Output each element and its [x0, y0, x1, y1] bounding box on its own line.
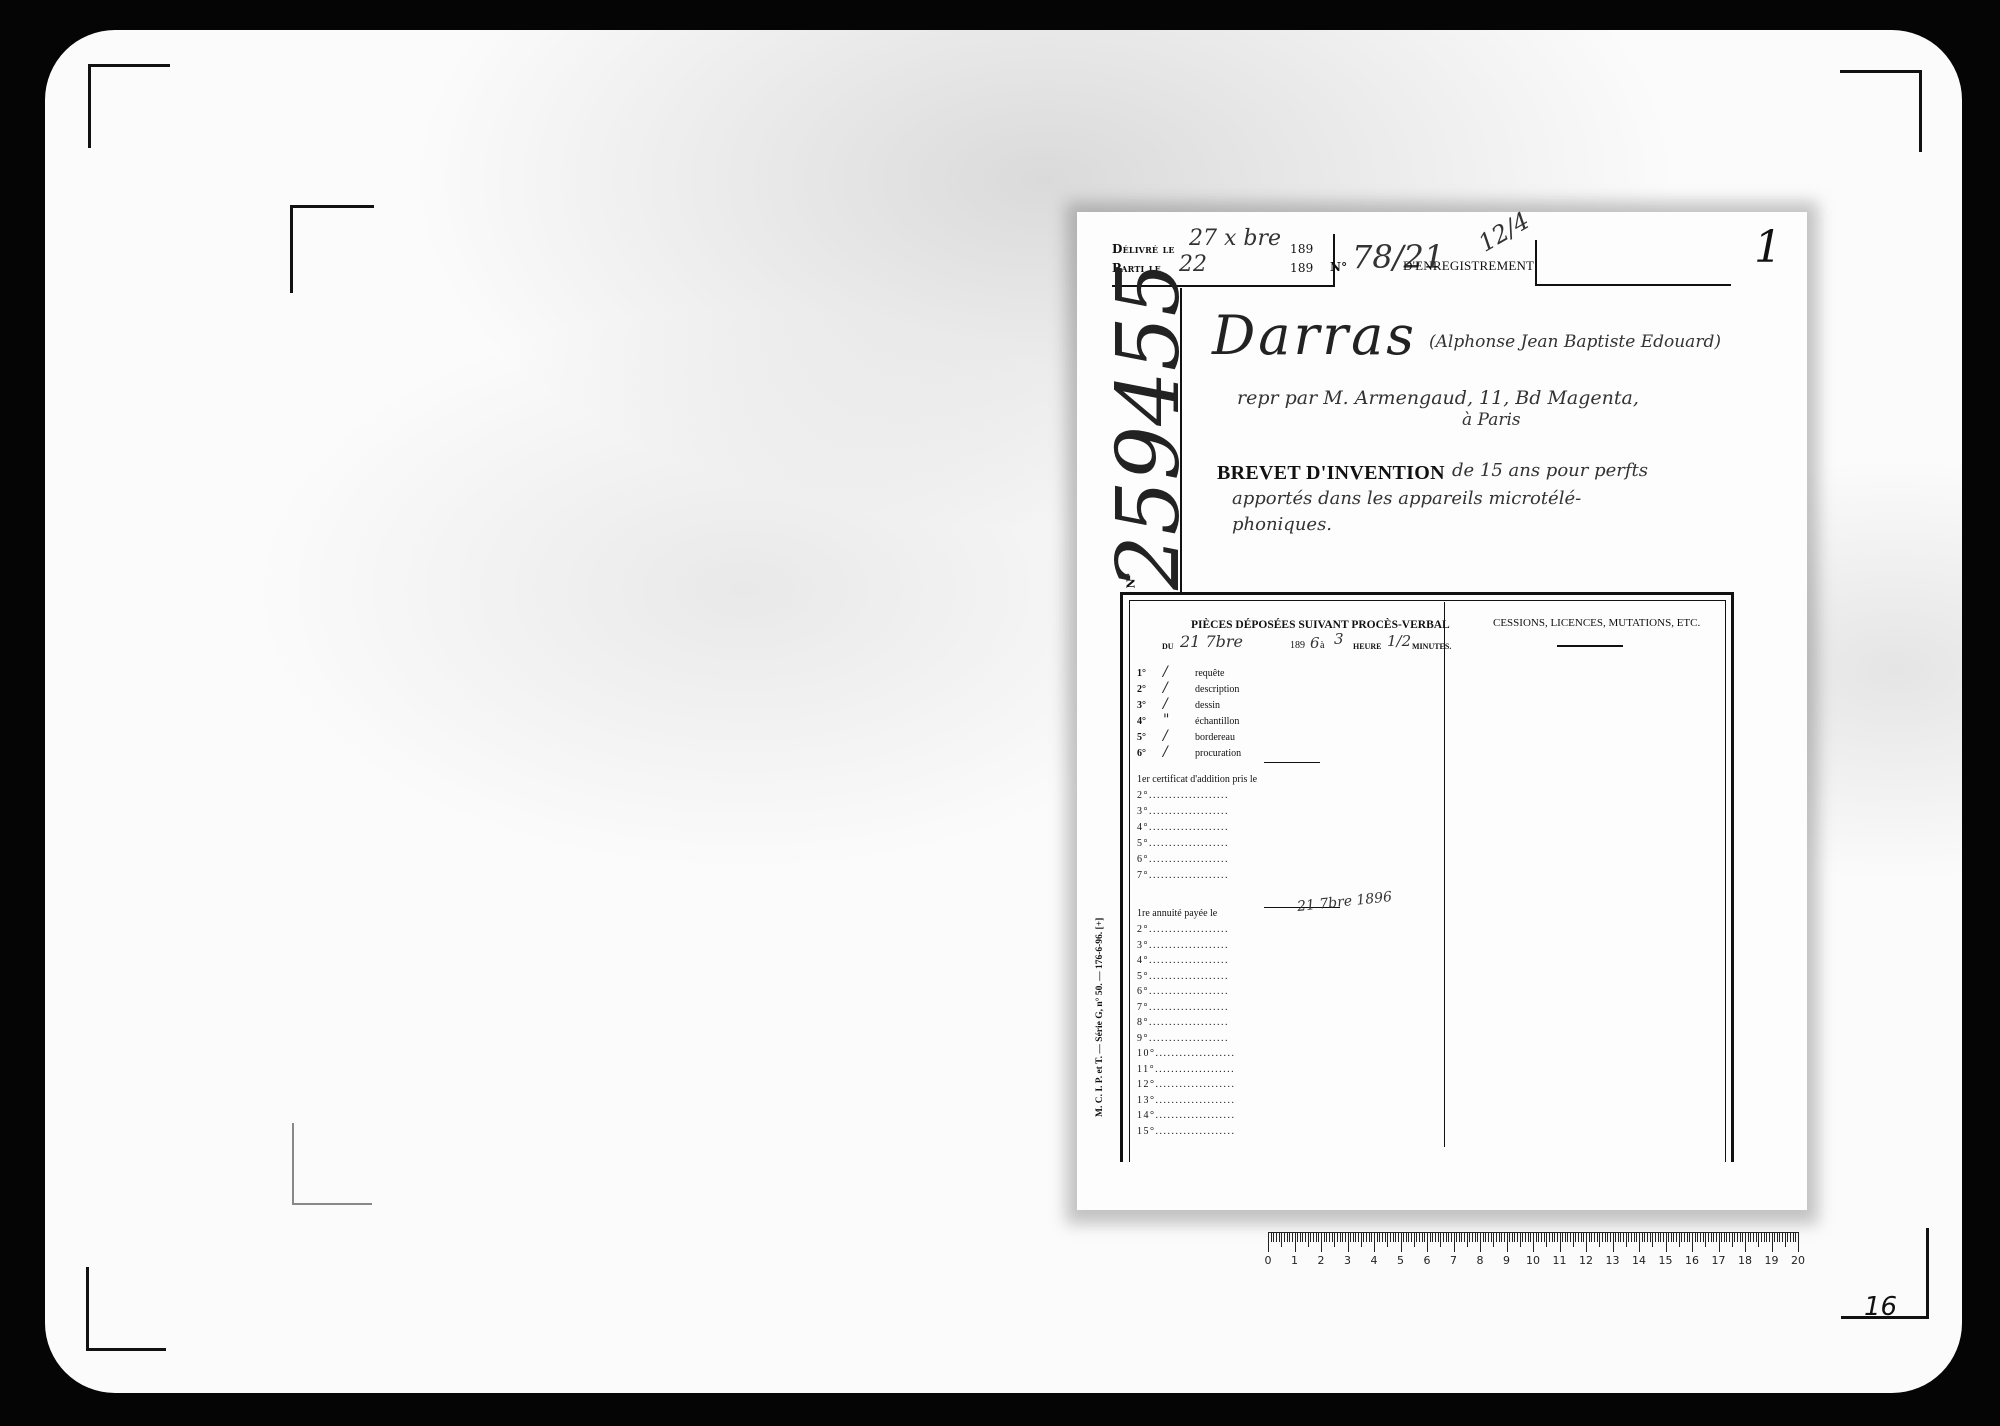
piece-ordinal: 6° [1137, 748, 1146, 759]
ruler-tick [1353, 1232, 1354, 1242]
ruler-tick [1411, 1232, 1412, 1242]
ruler-tick [1753, 1232, 1754, 1242]
ruler-label: 2 [1318, 1254, 1325, 1267]
ruler-tick [1687, 1232, 1688, 1242]
ruler-tick [1586, 1232, 1587, 1252]
certificate-row: 4°.................... [1137, 822, 1229, 833]
ruler-tick [1432, 1232, 1433, 1242]
ruler-tick [1393, 1232, 1394, 1242]
ruler-tick [1509, 1232, 1510, 1242]
ruler-tick [1689, 1232, 1690, 1242]
brevet-description-line-3: phoniques. [1232, 514, 1332, 535]
piece-check-mark: / [1163, 744, 1168, 760]
ruler-tick [1642, 1232, 1643, 1242]
ruler-tick [1613, 1232, 1614, 1252]
annuity-row: 10°.................... [1137, 1048, 1236, 1059]
piece-check-mark: / [1163, 728, 1168, 744]
ruler-tick [1560, 1232, 1561, 1252]
ruler-tick [1536, 1232, 1537, 1242]
ruler-tick [1713, 1232, 1714, 1242]
ruler-tick [1382, 1232, 1383, 1242]
ruler-tick [1599, 1232, 1600, 1247]
ruler-tick [1668, 1232, 1669, 1242]
piece-check-mark: " [1163, 712, 1169, 728]
ruler-tick [1517, 1232, 1518, 1242]
piece-ordinal: 3° [1137, 700, 1146, 711]
piece-ordinal: 2° [1137, 684, 1146, 695]
ruler-tick [1655, 1232, 1656, 1242]
ruler-tick [1451, 1232, 1452, 1242]
ruler-tick [1355, 1232, 1356, 1242]
representative: repr par M. Armengaud, 11, Bd Magenta, [1237, 387, 1639, 409]
ruler-tick [1369, 1232, 1370, 1242]
ruler-label: 18 [1738, 1254, 1752, 1267]
minutes-label: MINUTES. [1412, 642, 1451, 651]
certificate-row: 7°.................... [1137, 870, 1229, 881]
ruler-tick [1525, 1232, 1526, 1242]
ruler-tick [1504, 1232, 1505, 1242]
piece-ordinal: 1° [1137, 668, 1146, 679]
piece-check-mark: / [1163, 664, 1168, 680]
departed-year: 189 [1290, 261, 1314, 275]
ruler-tick [1469, 1232, 1470, 1242]
ruler-tick [1594, 1232, 1595, 1242]
ruler-tick [1769, 1232, 1770, 1242]
ruler-tick [1644, 1232, 1645, 1242]
ruler-tick [1361, 1232, 1362, 1247]
certificate-first-row: 1er certificat d'addition pris le [1137, 774, 1257, 785]
ruler-tick [1618, 1232, 1619, 1242]
minutes-value: 1/2 [1387, 632, 1411, 650]
annuity-row: 9°.................... [1137, 1033, 1229, 1044]
ruler-tick [1708, 1232, 1709, 1242]
ruler-tick [1610, 1232, 1611, 1242]
certificate-row: 3°.................... [1137, 806, 1229, 817]
crop-mark-inner-bottom-left [292, 1123, 372, 1205]
ruler-tick [1371, 1232, 1372, 1242]
piece-label: dessin [1195, 700, 1220, 711]
ruler-label: 16 [1685, 1254, 1699, 1267]
scale-ruler: 01234567891011121314151617181920 [1268, 1232, 1808, 1282]
ruler-tick [1287, 1232, 1288, 1242]
ruler-tick [1387, 1232, 1388, 1247]
registration-annotation: 12/4 [1474, 206, 1535, 257]
deposit-table-inner-top [1129, 600, 1725, 601]
ruler-label: 0 [1265, 1254, 1272, 1267]
annuity-row: 14°.................... [1137, 1110, 1236, 1121]
ruler-tick [1623, 1232, 1624, 1242]
annuity-row: 12°.................... [1137, 1079, 1236, 1090]
ruler-label: 14 [1632, 1254, 1646, 1267]
ruler-tick [1297, 1232, 1298, 1242]
ruler-tick [1766, 1232, 1767, 1242]
ruler-tick [1528, 1232, 1529, 1242]
piece-label: description [1195, 684, 1239, 695]
cessions-title-underline [1557, 645, 1623, 647]
ruler-tick [1700, 1232, 1701, 1242]
ruler-tick [1514, 1232, 1515, 1242]
ruler-tick [1673, 1232, 1674, 1242]
ruler-tick [1300, 1232, 1301, 1242]
ruler-tick [1461, 1232, 1462, 1242]
deposit-table-inner-left [1129, 600, 1130, 1162]
ruler-tick [1345, 1232, 1346, 1242]
ruler-tick [1567, 1232, 1568, 1242]
ruler-tick [1666, 1232, 1667, 1252]
ruler-label: 11 [1553, 1254, 1567, 1267]
ruler-tick [1549, 1232, 1550, 1242]
ruler-tick [1745, 1232, 1746, 1252]
ruler-tick [1340, 1232, 1341, 1242]
ruler-tick [1793, 1232, 1794, 1242]
sheet-corner-mark: 1 [1754, 222, 1782, 273]
ruler-tick [1520, 1232, 1521, 1247]
ruler-tick [1403, 1232, 1404, 1242]
ruler-tick [1726, 1232, 1727, 1242]
annuity-row: 3°.................... [1137, 940, 1229, 951]
ruler-tick [1798, 1232, 1799, 1252]
ruler-tick [1522, 1232, 1523, 1242]
ruler-tick [1329, 1232, 1330, 1242]
ruler-tick [1695, 1232, 1696, 1242]
ruler-tick [1562, 1232, 1563, 1242]
ruler-tick [1477, 1232, 1478, 1242]
brevet-description-line-2: apportés dans les appareils microtélé- [1232, 488, 1581, 509]
ruler-tick [1483, 1232, 1484, 1242]
ruler-tick [1658, 1232, 1659, 1242]
ruler-tick [1448, 1232, 1449, 1242]
ruler-tick [1777, 1232, 1778, 1242]
ruler-tick [1795, 1232, 1796, 1242]
certificate-row: 6°.................... [1137, 854, 1229, 865]
ruler-tick [1337, 1232, 1338, 1242]
crop-mark-bottom-left [86, 1267, 166, 1351]
ruler-tick [1284, 1232, 1285, 1242]
deposit-table-inner-right [1725, 600, 1726, 1162]
ruler-tick [1268, 1232, 1269, 1252]
ruler-tick [1652, 1232, 1653, 1247]
ruler-tick [1533, 1232, 1534, 1252]
ruler-label: 20 [1791, 1254, 1805, 1267]
du-label: DU [1162, 642, 1174, 651]
ruler-tick [1724, 1232, 1725, 1242]
ruler-tick [1615, 1232, 1616, 1242]
ruler-tick [1276, 1232, 1277, 1242]
ruler-label: 5 [1397, 1254, 1404, 1267]
annuity-row: 4°.................... [1137, 955, 1229, 966]
ruler-tick [1631, 1232, 1632, 1242]
ruler-tick [1732, 1232, 1733, 1247]
annuity-row: 2°.................... [1137, 924, 1229, 935]
annuity-row: 6°.................... [1137, 986, 1229, 997]
year-value: 6 [1310, 634, 1320, 652]
ruler-top-edge [1268, 1232, 1798, 1233]
ruler-tick [1374, 1232, 1375, 1252]
ruler-tick [1424, 1232, 1425, 1242]
registration-label: D'ENREGISTREMENT [1403, 258, 1534, 274]
ruler-tick [1350, 1232, 1351, 1242]
ruler-tick [1398, 1232, 1399, 1242]
ruler-tick [1295, 1232, 1296, 1252]
ruler-tick [1446, 1232, 1447, 1242]
register-box-left-border [1535, 240, 1537, 285]
ruler-tick [1401, 1232, 1402, 1252]
ruler-tick [1472, 1232, 1473, 1242]
ruler-tick [1279, 1232, 1280, 1242]
ruler-tick [1292, 1232, 1293, 1242]
ruler-tick [1454, 1232, 1455, 1252]
ruler-tick [1408, 1232, 1409, 1242]
ruler-tick [1570, 1232, 1571, 1242]
ruler-tick [1318, 1232, 1319, 1242]
ruler-tick [1406, 1232, 1407, 1242]
delivered-value: 27 x bre [1189, 226, 1281, 251]
ruler-tick [1321, 1232, 1322, 1252]
certificate-row: 2°.................... [1137, 790, 1229, 801]
ruler-tick [1281, 1232, 1282, 1247]
ruler-tick [1552, 1232, 1553, 1242]
ruler-tick [1790, 1232, 1791, 1242]
ruler-tick [1435, 1232, 1436, 1242]
ruler-tick [1573, 1232, 1574, 1247]
ruler-tick [1679, 1232, 1680, 1247]
certificate-row: 5°.................... [1137, 838, 1229, 849]
crop-mark-top-right [1840, 70, 1922, 152]
ruler-tick [1464, 1232, 1465, 1242]
ruler-tick [1271, 1232, 1272, 1242]
ruler-tick [1324, 1232, 1325, 1242]
ruler-tick [1620, 1232, 1621, 1242]
ruler-tick [1480, 1232, 1481, 1252]
ruler-tick [1692, 1232, 1693, 1252]
ruler-tick [1663, 1232, 1664, 1242]
annuity-row: 15°.................... [1137, 1126, 1236, 1137]
ruler-tick [1774, 1232, 1775, 1242]
ruler-tick [1647, 1232, 1648, 1242]
brevet-description-line-1: de 15 ans pour perfts [1452, 460, 1648, 481]
ruler-tick [1512, 1232, 1513, 1242]
ruler-tick [1427, 1232, 1428, 1252]
ruler-tick [1721, 1232, 1722, 1242]
patent-record-sheet: Délivré le 27 x bre 189 Parti le 22 189 … [1077, 212, 1807, 1210]
cessions-table-title: CESSIONS, LICENCES, MUTATIONS, ETC. [1493, 617, 1700, 629]
ruler-tick [1366, 1232, 1367, 1242]
ruler-tick [1326, 1232, 1327, 1242]
ruler-tick [1583, 1232, 1584, 1242]
ruler-tick [1440, 1232, 1441, 1247]
piece-ordinal: 4° [1137, 716, 1146, 727]
registration-prefix: N° [1330, 260, 1347, 274]
ruler-tick [1787, 1232, 1788, 1242]
ruler-tick [1316, 1232, 1317, 1242]
ruler-tick [1607, 1232, 1608, 1242]
annuity-row: 7°.................... [1137, 1002, 1229, 1013]
ruler-tick [1416, 1232, 1417, 1242]
ruler-tick [1538, 1232, 1539, 1242]
ruler-tick [1414, 1232, 1415, 1247]
ruler-tick [1390, 1232, 1391, 1242]
ruler-tick [1782, 1232, 1783, 1242]
ruler-label: 3 [1344, 1254, 1351, 1267]
ruler-tick [1313, 1232, 1314, 1242]
ruler-tick [1575, 1232, 1576, 1242]
ruler-tick [1385, 1232, 1386, 1242]
ruler-label: 13 [1606, 1254, 1620, 1267]
ruler-tick [1758, 1232, 1759, 1247]
form-imprint: M. C. I. P. et T. — Série G, n° 50. — 17… [1095, 918, 1105, 1117]
ruler-tick [1395, 1232, 1396, 1242]
frame-number: 16 [1864, 1292, 1897, 1322]
ruler-tick [1554, 1232, 1555, 1242]
ruler-tick [1422, 1232, 1423, 1242]
ruler-tick [1684, 1232, 1685, 1242]
ruler-tick [1636, 1232, 1637, 1242]
ruler-tick [1541, 1232, 1542, 1242]
ruler-label: 1 [1291, 1254, 1298, 1267]
ruler-tick [1748, 1232, 1749, 1242]
ruler-tick [1639, 1232, 1640, 1252]
crop-mark-inner-top-left [290, 205, 374, 293]
ruler-tick [1716, 1232, 1717, 1242]
annuity-first-row: 1re annuité payée le [1137, 908, 1217, 919]
ruler-tick [1650, 1232, 1651, 1242]
ruler-tick [1358, 1232, 1359, 1242]
ruler-tick [1602, 1232, 1603, 1242]
register-box-bottom-border [1535, 284, 1731, 286]
annuity-row: 5°.................... [1137, 971, 1229, 982]
ruler-tick [1557, 1232, 1558, 1242]
ruler-tick [1578, 1232, 1579, 1242]
piece-label: procuration [1195, 748, 1241, 759]
ruler-tick [1750, 1232, 1751, 1242]
ruler-label: 8 [1477, 1254, 1484, 1267]
piece-check-mark: / [1163, 696, 1168, 712]
ruler-tick [1379, 1232, 1380, 1242]
ruler-tick [1660, 1232, 1661, 1242]
pieces-separator [1264, 762, 1320, 763]
ruler-tick [1419, 1232, 1420, 1242]
ruler-tick [1591, 1232, 1592, 1242]
patent-number: 259455 [1099, 262, 1199, 590]
ruler-tick [1737, 1232, 1738, 1242]
ruler-label: 9 [1503, 1254, 1510, 1267]
ruler-tick [1772, 1232, 1773, 1252]
hour-label: HEURE [1353, 642, 1381, 651]
ruler-tick [1475, 1232, 1476, 1242]
delivered-label: Délivré le [1112, 242, 1175, 256]
ruler-tick [1467, 1232, 1468, 1247]
holder-given-names: (Alphonse Jean Baptiste Edouard) [1429, 332, 1721, 352]
representative-city: à Paris [1462, 410, 1521, 430]
brevet-label: BREVET D'INVENTION [1217, 462, 1445, 485]
ruler-tick [1530, 1232, 1531, 1242]
ruler-tick [1332, 1232, 1333, 1242]
ruler-label: 15 [1659, 1254, 1673, 1267]
piece-label: requête [1195, 668, 1224, 679]
ruler-tick [1308, 1232, 1309, 1247]
ruler-tick [1626, 1232, 1627, 1247]
annuity-row: 8°.................... [1137, 1017, 1229, 1028]
ruler-tick [1565, 1232, 1566, 1242]
deposit-table-title: PIÈCES DÉPOSÉES SUIVANT PROCÈS-VERBAL [1191, 619, 1450, 631]
at-label: à [1320, 640, 1324, 651]
ruler-tick [1491, 1232, 1492, 1242]
ruler-tick [1681, 1232, 1682, 1242]
hour-value: 3 [1334, 630, 1344, 648]
ruler-tick [1761, 1232, 1762, 1242]
ruler-tick [1438, 1232, 1439, 1242]
piece-label: échantillon [1195, 716, 1239, 727]
ruler-tick [1671, 1232, 1672, 1242]
ruler-tick [1729, 1232, 1730, 1242]
ruler-tick [1310, 1232, 1311, 1242]
ruler-tick [1605, 1232, 1606, 1242]
ruler-tick [1697, 1232, 1698, 1242]
ruler-tick [1342, 1232, 1343, 1242]
table-column-divider [1444, 602, 1445, 1147]
ruler-tick [1785, 1232, 1786, 1247]
ruler-tick [1334, 1232, 1335, 1247]
ruler-tick [1756, 1232, 1757, 1242]
ruler-label: 19 [1765, 1254, 1779, 1267]
holder-surname: Darras [1212, 304, 1417, 367]
ruler-tick [1485, 1232, 1486, 1242]
ruler-tick [1377, 1232, 1378, 1242]
ruler-tick [1676, 1232, 1677, 1242]
delivered-year: 189 [1290, 242, 1314, 256]
ruler-tick [1711, 1232, 1712, 1242]
ruler-tick [1496, 1232, 1497, 1242]
piece-label: bordereau [1195, 732, 1235, 743]
ruler-tick [1703, 1232, 1704, 1242]
ruler-tick [1493, 1232, 1494, 1247]
piece-ordinal: 5° [1137, 732, 1146, 743]
ruler-tick [1544, 1232, 1545, 1242]
ruler-tick [1348, 1232, 1349, 1252]
ruler-label: 10 [1526, 1254, 1540, 1267]
ruler-tick [1705, 1232, 1706, 1247]
ruler-label: 17 [1712, 1254, 1726, 1267]
ruler-tick [1597, 1232, 1598, 1242]
ruler-label: 6 [1424, 1254, 1431, 1267]
ruler-tick [1488, 1232, 1489, 1242]
ruler-tick [1742, 1232, 1743, 1242]
ruler-label: 12 [1579, 1254, 1593, 1267]
annuity-row: 11°.................... [1137, 1064, 1235, 1075]
ruler-tick [1628, 1232, 1629, 1242]
ruler-tick [1456, 1232, 1457, 1242]
ruler-tick [1302, 1232, 1303, 1242]
ruler-tick [1719, 1232, 1720, 1252]
ruler-tick [1273, 1232, 1274, 1242]
ruler-tick [1546, 1232, 1547, 1247]
ruler-tick [1363, 1232, 1364, 1242]
ruler-tick [1305, 1232, 1306, 1242]
ruler-tick [1581, 1232, 1582, 1242]
ruler-tick [1779, 1232, 1780, 1242]
ruler-tick [1501, 1232, 1502, 1242]
ruler-label: 7 [1450, 1254, 1457, 1267]
ruler-tick [1507, 1232, 1508, 1252]
ruler-tick [1764, 1232, 1765, 1242]
annuity-row: 13°.................... [1137, 1095, 1236, 1106]
piece-check-mark: / [1163, 680, 1168, 696]
ruler-tick [1499, 1232, 1500, 1242]
crop-mark-top-left [88, 64, 170, 148]
ruler-label: 4 [1371, 1254, 1378, 1267]
ruler-tick [1289, 1232, 1290, 1242]
ruler-tick [1589, 1232, 1590, 1242]
